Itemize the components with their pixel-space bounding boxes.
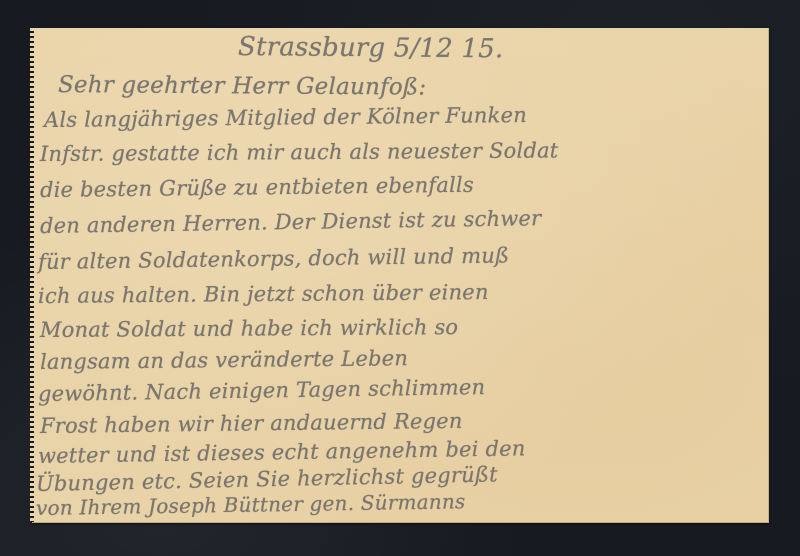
letter-line-4: den anderen Herren. Der Dienst ist zu sc… <box>40 206 542 238</box>
letter-line-9: gewöhnt. Nach einigen Tagen schlimmen <box>38 375 486 406</box>
postcard: Strassburg 5/12 15. Sehr geehrter Herr G… <box>32 28 769 523</box>
place-date-heading: Strassburg 5/12 15. <box>238 32 504 64</box>
letter-line-7: Monat Soldat und habe ich wirklich so <box>40 315 458 342</box>
letter-line-5: für alten Soldatenkorps, doch will und m… <box>38 243 510 274</box>
letter-line-1: Als langjähriges Mitglied der Kölner Fun… <box>44 103 527 132</box>
letter-line-8: langsam an das veränderte Leben <box>40 346 408 374</box>
letter-line-3: die besten Grüße zu entbieten ebenfalls <box>40 173 474 202</box>
letter-line-10: Frost haben wir hier andauernd Regen <box>40 409 463 438</box>
salutation: Sehr geehrter Herr Gelaunfoß: <box>58 72 427 101</box>
letter-line-2: Infstr. gestatte ich mir auch als neuest… <box>40 138 559 166</box>
letter-line-6: ich aus halten. Bin jetzt schon über ein… <box>38 280 489 308</box>
